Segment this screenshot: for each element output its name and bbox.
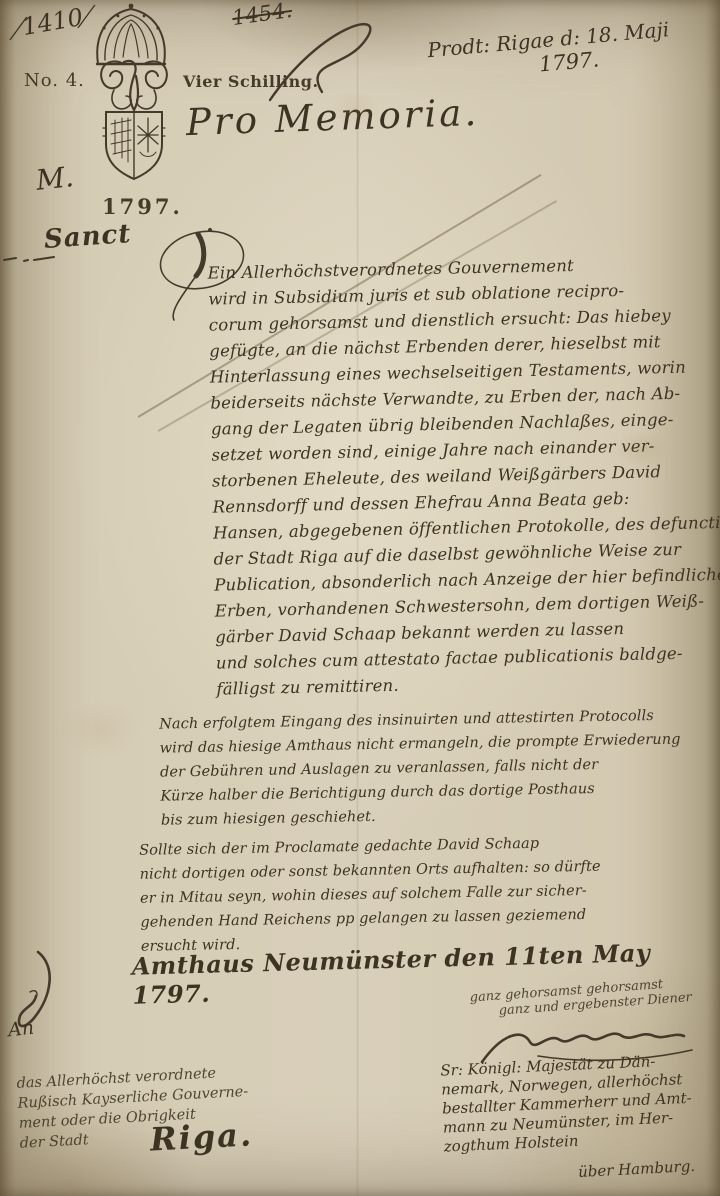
coat-of-arms-stamp-icon — [100, 106, 168, 182]
archive-number-text: 1410 — [20, 3, 85, 41]
routing-note: über Hamburg. — [578, 1157, 696, 1181]
registry-note: Sanct — [43, 219, 132, 255]
heading-swash-flourish — [252, 4, 402, 104]
archive-number: /1410/ — [12, 2, 93, 43]
body-paragraph-2: Nach erfolgtem Eingang des insinuirten u… — [137, 703, 714, 833]
paper-stain — [60, 700, 140, 760]
margin-initial: M. — [34, 160, 75, 197]
document-page: /1410/ 1454. No. 4. Vier Schilling — [0, 0, 720, 1196]
address-city: Riga. — [149, 1115, 254, 1158]
form-number: No. 4. — [24, 70, 85, 91]
body-paragraph-1: Ein Allerhöchstverordnetes Gouvernementw… — [145, 250, 719, 704]
document-title: Pro Memoria. — [185, 91, 479, 144]
address-salutation: An — [7, 1017, 35, 1042]
presentation-note: Prodt: Rigae d: 18. Maji 1797. — [426, 14, 709, 86]
signer-credentials: Sr: Königl: Majestät zu Dän-nemark, Norw… — [424, 1050, 718, 1158]
